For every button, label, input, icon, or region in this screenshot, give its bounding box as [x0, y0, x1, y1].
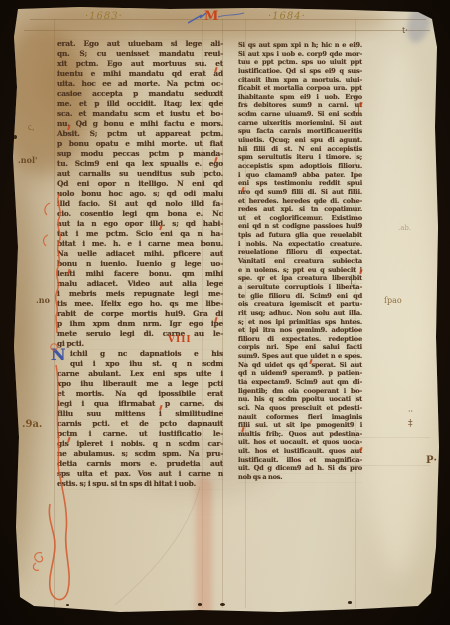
margin-note-faint: .ab. — [398, 224, 411, 232]
ink-speck — [220, 603, 225, 606]
margin-note-spao: ſpao — [384, 296, 402, 305]
margin-note-pmark: P· — [426, 455, 437, 466]
ink-speck — [348, 601, 352, 604]
margin-note-quire-mark: .9a. — [22, 419, 42, 430]
margin-note-tmark: t· — [402, 26, 408, 35]
margin-note-cross: ‡ — [408, 419, 413, 429]
margin-note-bar2: | — [350, 275, 353, 285]
margin-note-no: .no — [36, 295, 50, 305]
ink-speck — [198, 603, 202, 606]
margin-note-dots: ·· — [354, 93, 359, 102]
margin-note-nota: .nol' — [18, 155, 37, 165]
edge-speck — [11, 99, 14, 103]
penwork-flourish — [10, 7, 440, 614]
edge-speck — [13, 135, 17, 139]
parchment-page: ·1683· M ·1684· erat. Ego aut uiuebam si… — [10, 7, 440, 614]
margin-note-bar: | — [357, 106, 360, 116]
manuscript-photo: ·1683· M ·1684· erat. Ego aut uiuebam si… — [0, 0, 450, 625]
margin-note-dots2: ·· — [408, 407, 413, 416]
ink-speck — [66, 604, 69, 606]
edge-speck — [15, 427, 18, 430]
edge-speck — [12, 303, 15, 306]
